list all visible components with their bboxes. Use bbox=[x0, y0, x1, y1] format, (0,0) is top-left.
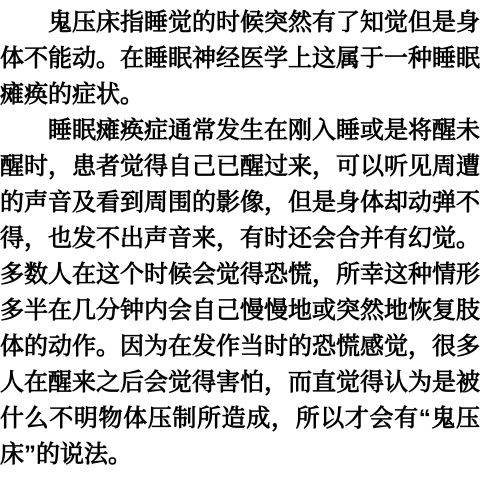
paragraph-intro: 鬼压床指睡觉的时候突然有了知觉但是身体不能动。在睡眠神经医学上这属于一种睡眠瘫痪… bbox=[0, 5, 480, 113]
text-page: 鬼压床指睡觉的时候突然有了知觉但是身体不能动。在睡眠神经医学上这属于一种睡眠瘫痪… bbox=[0, 0, 480, 480]
paragraph-description: 睡眠瘫痪症通常发生在刚入睡或是将醒未醒时，患者觉得自己已醒过来，可以听见周遭的声… bbox=[0, 113, 480, 473]
